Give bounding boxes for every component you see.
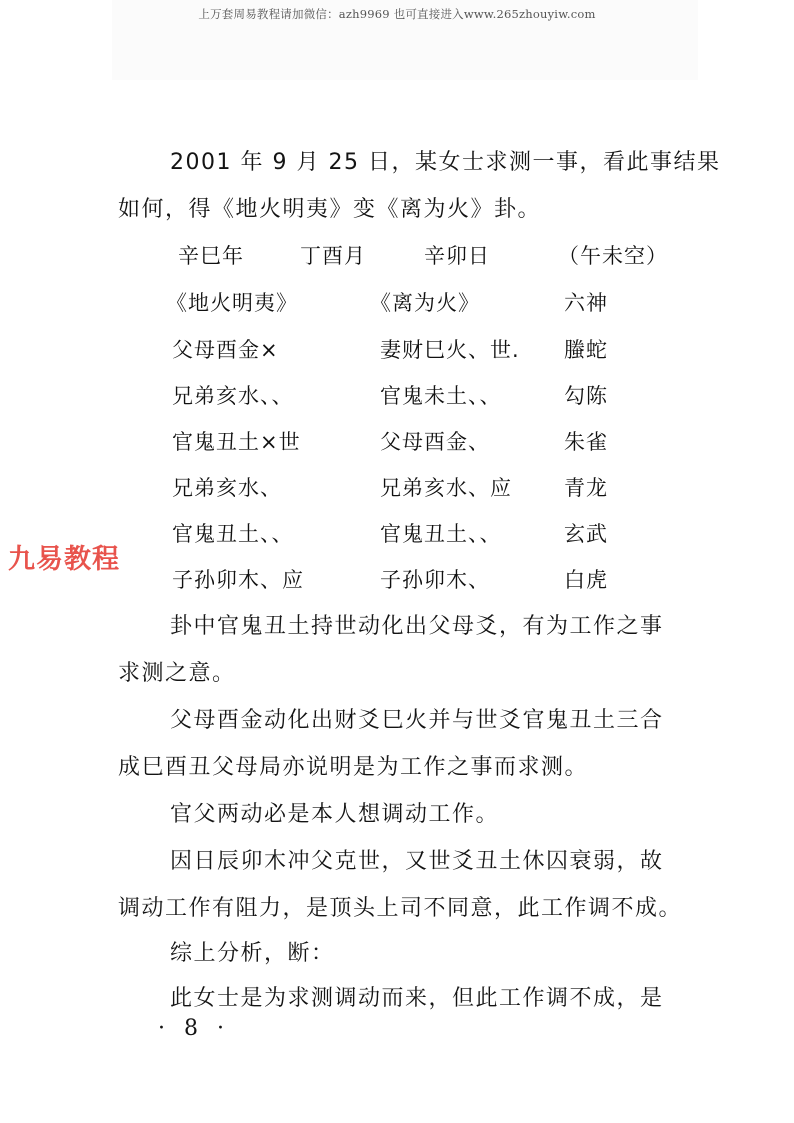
changed-line: 兄弟亥水、应 [380, 475, 512, 501]
paragraph-6-line-1: 此女士是为求测调动而来，但此工作调不成，是 [170, 986, 664, 1012]
paragraph-4-line-2: 调动工作有阻力，是顶头上司不同意，此工作调不成。 [118, 896, 682, 922]
header-six-spirits: 六神 [564, 290, 608, 316]
header-changed-hexagram: 《离为火》 [370, 290, 480, 316]
day-pillar: 辛卯日 [424, 243, 490, 269]
paragraph-1-line-1: 卦中官鬼丑土持世动化出父母爻，有为工作之事 [170, 614, 664, 640]
table-row: 子孙卯木、应 子孙卯木、 白虎 [172, 567, 692, 593]
header-original-hexagram: 《地火明夷》 [166, 290, 298, 316]
spirit: 玄武 [564, 521, 608, 547]
void-branches: （午未空） [558, 243, 668, 269]
changed-line: 妻财巳火、世. [380, 337, 520, 363]
changed-line: 父母酉金、 [380, 429, 490, 455]
document-page: 上万套周易教程请加微信：azh9969 也可直接进入www.265zhouyiw… [0, 0, 794, 1123]
paragraph-5-line-1: 综上分析，断： [170, 941, 335, 967]
changed-line: 官鬼未土、、 [380, 383, 502, 409]
table-row: 兄弟亥水、、 官鬼未土、、 勾陈 [172, 383, 692, 409]
header-notice: 上万套周易教程请加微信：azh9969 也可直接进入www.265zhouyiw… [0, 6, 794, 22]
table-row: 官鬼丑土×世 父母酉金、 朱雀 [172, 429, 692, 455]
spirit: 朱雀 [564, 429, 608, 455]
original-line: 父母酉金× [172, 337, 279, 363]
month-pillar: 丁酉月 [300, 243, 366, 269]
original-line: 官鬼丑土、、 [172, 521, 294, 547]
spirit: 白虎 [564, 567, 608, 593]
date-row: 辛巳年 丁酉月 辛卯日 （午未空） [172, 243, 692, 269]
paragraph-1-line-2: 求测之意。 [118, 661, 236, 687]
spirit: 青龙 [564, 475, 608, 501]
spirit: 勾陈 [564, 383, 608, 409]
changed-line: 官鬼丑土、、 [380, 521, 502, 547]
original-line: 官鬼丑土×世 [172, 429, 301, 455]
changed-line: 子孙卯木、 [380, 567, 490, 593]
paragraph-2-line-1: 父母酉金动化出财爻巳火并与世爻官鬼丑土三合 [170, 708, 664, 734]
original-line: 兄弟亥水、 [172, 475, 282, 501]
intro-line-2: 如何，得《地火明夷》变《离为火》卦。 [118, 197, 541, 223]
table-header-row: 《地火明夷》 《离为火》 六神 [172, 290, 692, 316]
paragraph-4-line-1: 因日辰卯木冲父克世，又世爻丑土休囚衰弱，故 [170, 849, 664, 875]
table-row: 兄弟亥水、 兄弟亥水、应 青龙 [172, 475, 692, 501]
spirit: 螣蛇 [564, 337, 608, 363]
table-row: 官鬼丑土、、 官鬼丑土、、 玄武 [172, 521, 692, 547]
watermark-logo: 九易教程 [8, 544, 120, 576]
year-pillar: 辛巳年 [178, 243, 244, 269]
page-number: · 8 · [158, 1016, 230, 1041]
intro-line-1: 2001 年 9 月 25 日，某女士求测一事，看此事结果 [170, 150, 720, 176]
table-row: 父母酉金× 妻财巳火、世. 螣蛇 [172, 337, 692, 363]
original-line: 兄弟亥水、、 [172, 383, 294, 409]
original-line: 子孙卯木、应 [172, 567, 304, 593]
paragraph-2-line-2: 成巳酉丑父母局亦说明是为工作之事而求测。 [118, 755, 588, 781]
paragraph-3-line-1: 官父两动必是本人想调动工作。 [170, 802, 499, 828]
